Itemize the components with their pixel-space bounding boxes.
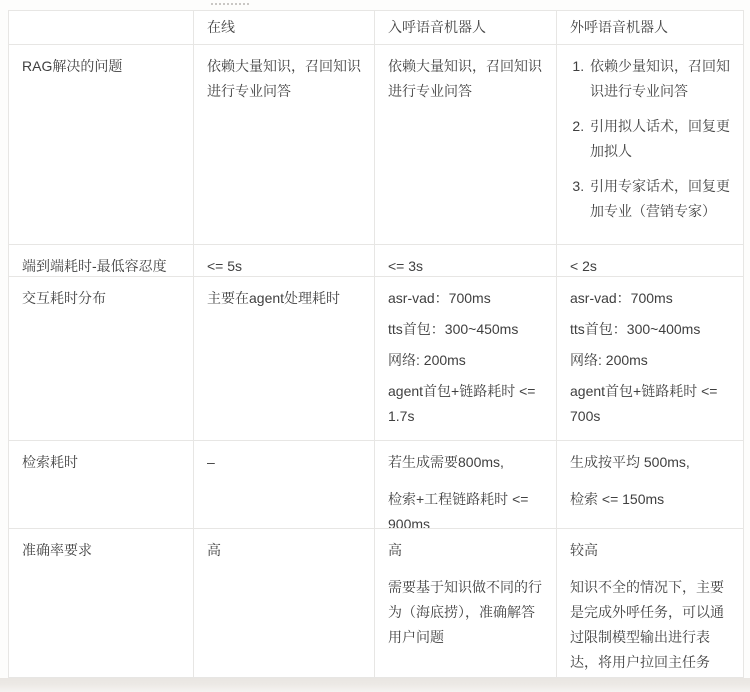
- cell-text: tts首包：300~450ms: [388, 317, 543, 342]
- row-label: 端到端耗时-最低容忍度: [22, 258, 167, 274]
- cell-text: 较高: [570, 538, 730, 563]
- cell-text: 高: [388, 538, 543, 563]
- cell-text: asr-vad：700ms: [570, 286, 730, 311]
- cell-text: 生成按平均 500ms,: [570, 450, 730, 475]
- cell-text: agent首包+链路耗时 <= 1.7s: [388, 379, 543, 429]
- cell-breakdown-outbound[interactable]: asr-vad：700ms tts首包：300~400ms 网络: 200ms …: [557, 277, 743, 441]
- row-label: 准确率要求: [22, 542, 92, 558]
- cell-text: asr-vad：700ms: [388, 286, 543, 311]
- row-label-cell-rag[interactable]: RAG解决的问题: [9, 45, 194, 245]
- cell-text: 主要在agent处理耗时: [207, 286, 361, 311]
- cell-text: agent首包+链路耗时 <= 700s: [570, 379, 730, 429]
- cell-text: <= 3s: [388, 254, 543, 277]
- cell-text: –: [207, 450, 361, 475]
- numbered-list: 依赖少量知识，召回知识进行专业问答 引用拟人话术，回复更加拟人 引用专家话术，回…: [570, 54, 730, 224]
- header-cell-online[interactable]: 在线: [194, 11, 375, 45]
- cell-text: <= 5s: [207, 254, 361, 277]
- cell-text: 检索+工程链路耗时 <= 900ms: [388, 487, 543, 529]
- cell-accuracy-online[interactable]: 高: [194, 529, 375, 677]
- page-bottom-shadow: [0, 678, 750, 692]
- header-cell-outbound[interactable]: 外呼语音机器人: [557, 11, 743, 45]
- column-title-outbound: 外呼语音机器人: [570, 19, 668, 35]
- cell-accuracy-inbound[interactable]: 高 需要基于知识做不同的行为（海底捞），准确解答用户问题: [375, 529, 557, 677]
- row-label: 交互耗时分布: [22, 290, 106, 306]
- cell-accuracy-outbound[interactable]: 较高 知识不全的情况下，主要是完成外呼任务，可以通过限制模型输出进行表达，将用户…: [557, 529, 743, 677]
- cell-rag-inbound[interactable]: 依赖大量知识，召回知识进行专业问答: [375, 45, 557, 245]
- list-item: 依赖少量知识，召回知识进行专业问答: [588, 54, 730, 104]
- cell-text: 需要基于知识做不同的行为（海底捞），准确解答用户问题: [388, 575, 543, 650]
- cell-text: 高: [207, 538, 361, 563]
- cell-text: 检索 <= 150ms: [570, 487, 730, 512]
- header-cell-inbound[interactable]: 入呼语音机器人: [375, 11, 557, 45]
- cell-text: 网络: 200ms: [388, 348, 543, 373]
- cell-text: 依赖大量知识，召回知识进行专业问答: [388, 54, 543, 104]
- column-title-online: 在线: [207, 19, 235, 35]
- cell-text: 依赖大量知识，召回知识进行专业问答: [207, 54, 361, 104]
- row-label-cell-latency-breakdown[interactable]: 交互耗时分布: [9, 277, 194, 441]
- cell-breakdown-inbound[interactable]: asr-vad：700ms tts首包：300~450ms 网络: 200ms …: [375, 277, 557, 441]
- cell-rag-online[interactable]: 依赖大量知识，召回知识进行专业问答: [194, 45, 375, 245]
- row-label-cell-e2e-latency[interactable]: 端到端耗时-最低容忍度: [9, 245, 194, 277]
- cell-retrieval-online[interactable]: –: [194, 441, 375, 529]
- table-drag-handle-dots[interactable]: [211, 3, 249, 5]
- row-label-cell-retrieval-latency[interactable]: 检索耗时: [9, 441, 194, 529]
- cell-text: < 2s: [570, 254, 730, 277]
- cell-text: tts首包：300~400ms: [570, 317, 730, 342]
- row-label: RAG解决的问题: [22, 58, 122, 74]
- header-cell-empty[interactable]: [9, 11, 194, 45]
- cell-breakdown-online[interactable]: 主要在agent处理耗时: [194, 277, 375, 441]
- row-label-cell-accuracy[interactable]: 准确率要求: [9, 529, 194, 677]
- cell-rag-outbound[interactable]: 依赖少量知识，召回知识进行专业问答 引用拟人话术，回复更加拟人 引用专家话术，回…: [557, 45, 743, 245]
- column-title-inbound: 入呼语音机器人: [388, 19, 486, 35]
- row-label: 检索耗时: [22, 454, 78, 470]
- cell-e2e-inbound[interactable]: <= 3s: [375, 245, 557, 277]
- list-item: 引用拟人话术，回复更加拟人: [588, 114, 730, 164]
- cell-text: 知识不全的情况下，主要是完成外呼任务，可以通过限制模型输出进行表达，将用户拉回主…: [570, 575, 730, 675]
- cell-retrieval-inbound[interactable]: 若生成需要800ms, 检索+工程链路耗时 <= 900ms: [375, 441, 557, 529]
- rag-comparison-table: 在线 入呼语音机器人 外呼语音机器人 RAG解决的问题 依赖大量知识，召回知识进…: [8, 10, 744, 678]
- cell-e2e-online[interactable]: <= 5s: [194, 245, 375, 277]
- cell-retrieval-outbound[interactable]: 生成按平均 500ms, 检索 <= 150ms: [557, 441, 743, 529]
- cell-text: 若生成需要800ms,: [388, 450, 543, 475]
- cell-e2e-outbound[interactable]: < 2s: [557, 245, 743, 277]
- cell-text: 网络: 200ms: [570, 348, 730, 373]
- list-item: 引用专家话术，回复更加专业（营销专家）: [588, 174, 730, 224]
